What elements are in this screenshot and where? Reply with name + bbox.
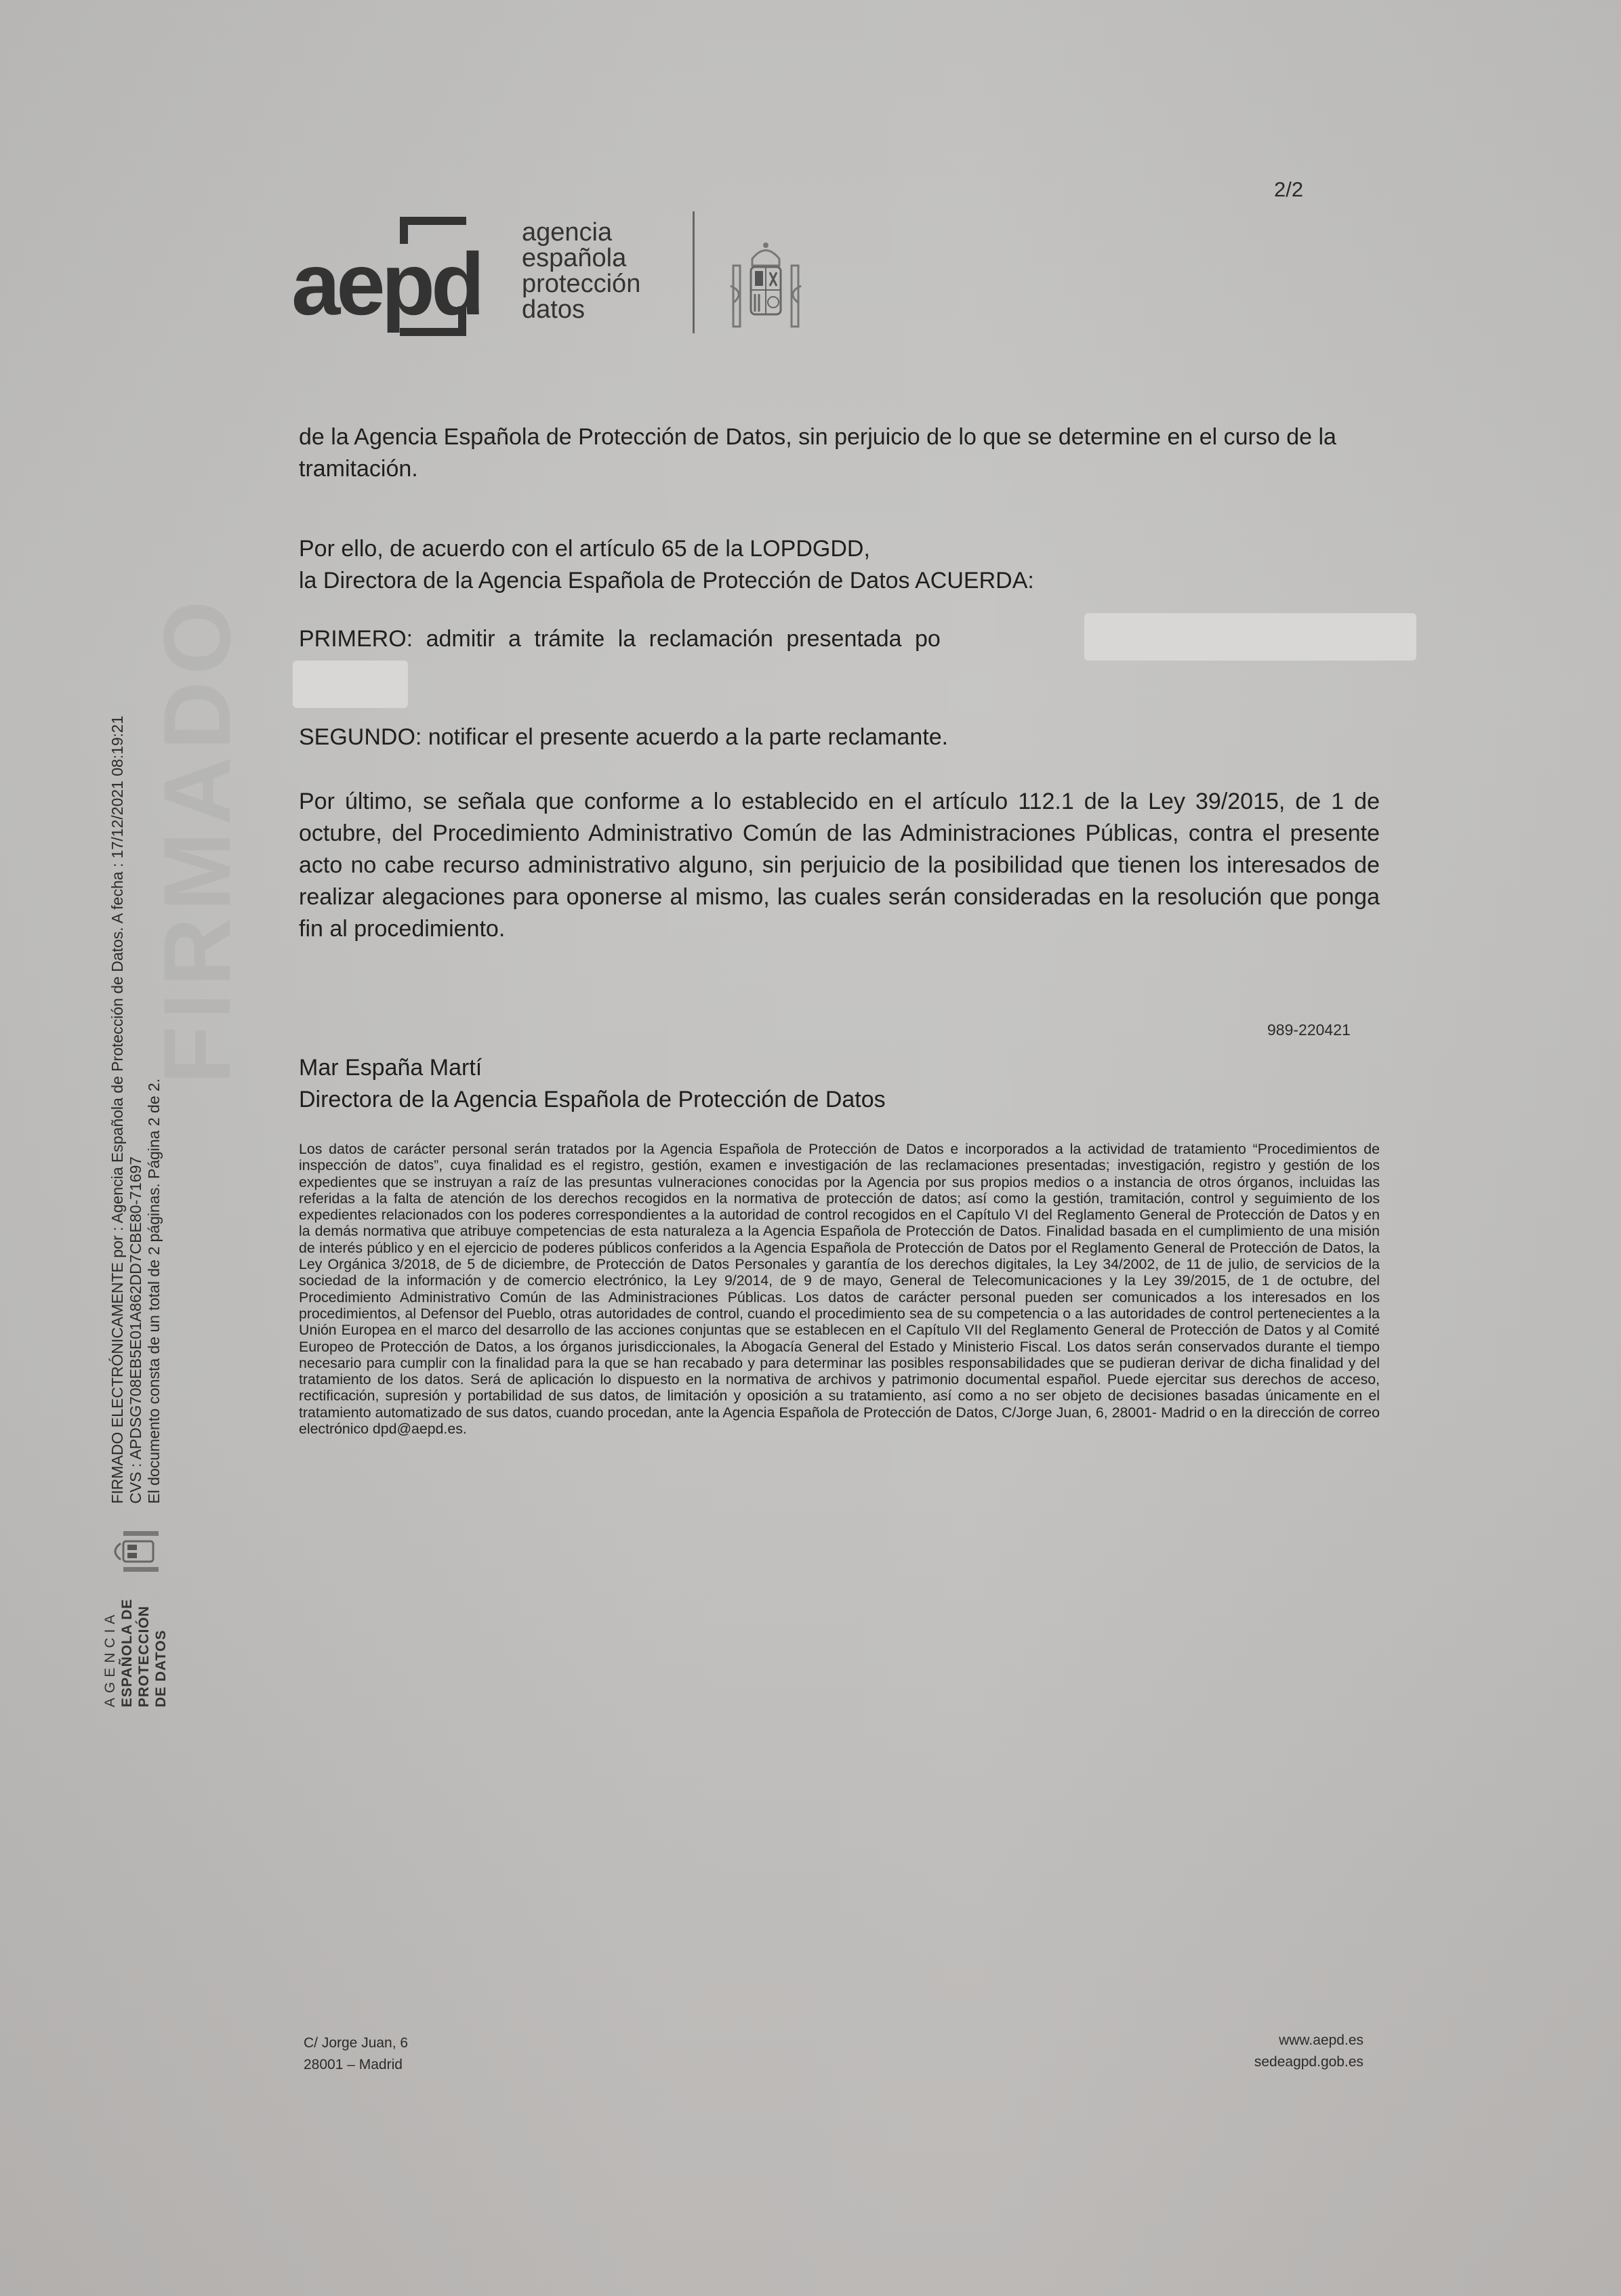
address-line-2: 28001 – Madrid	[304, 2054, 408, 2076]
reference-code: 989-220421	[1267, 1021, 1351, 1039]
vertical-signature-strip: AGENCIA ESPAÑOLA DE PROTECCIÓN DE DATOS …	[102, 542, 169, 1707]
cvs-code-line: CVS : APDSG708EB5E01A862DD7CBE80-71697	[127, 715, 145, 1503]
address-line-1: C/ Jorge Juan, 6	[304, 2032, 408, 2054]
logo-word: protección	[522, 271, 640, 297]
logo-aepd-text: aepd	[291, 240, 480, 328]
small-coat-of-arms-icon	[108, 1524, 163, 1579]
logo-bracket-bottom-right	[458, 306, 466, 336]
signed-by-line: FIRMADO ELECTRÓNICAMENTE por : Agencia E…	[108, 715, 127, 1503]
paragraph-segundo: SEGUNDO: notificar el presente acuerdo a…	[299, 722, 1380, 753]
agency-line: AGENCIA	[102, 1599, 119, 1707]
logo-bracket-bottom	[400, 328, 466, 336]
electronic-signature-text: FIRMADO ELECTRÓNICAMENTE por : Agencia E…	[108, 715, 163, 1503]
signature-block: Mar España Martí Directora de la Agencia…	[299, 1052, 886, 1116]
aepd-logo-mark: aepd	[291, 211, 522, 340]
sede-link[interactable]: sedeagpd.gob.es	[1220, 2051, 1363, 2073]
footer-address: C/ Jorge Juan, 6 28001 – Madrid	[304, 2032, 408, 2076]
logo-word: agencia	[522, 220, 640, 245]
website-link[interactable]: www.aepd.es	[1220, 2030, 1363, 2051]
redaction-patch	[1084, 613, 1416, 661]
signer-name: Mar España Martí	[299, 1052, 886, 1084]
agency-line: DE DATOS	[152, 1599, 169, 1707]
page-count-line: El documento consta de un total de 2 pág…	[145, 715, 163, 1503]
logo-words: agencia española protección datos	[522, 220, 640, 322]
spain-coat-of-arms-icon	[725, 238, 806, 333]
agency-line: ESPAÑOLA DE	[119, 1599, 136, 1707]
logo-bracket-top	[400, 217, 466, 225]
sidebar-agency-name: AGENCIA ESPAÑOLA DE PROTECCIÓN DE DATOS	[102, 1599, 169, 1707]
logo-divider	[693, 211, 695, 333]
redaction-patch	[293, 661, 408, 708]
acuerda-line-2: la Directora de la Agencia Española de P…	[299, 565, 1380, 597]
aepd-logo: aepd agencia española protección datos	[291, 211, 806, 340]
logo-word: datos	[522, 297, 640, 322]
privacy-notice: Los datos de carácter personal serán tra…	[299, 1141, 1380, 1437]
paragraph-acuerda: Por ello, de acuerdo con el artículo 65 …	[299, 533, 1380, 597]
paragraph-recurso: Por último, se señala que conforme a lo …	[299, 786, 1380, 945]
acuerda-line-1: Por ello, de acuerdo con el artículo 65 …	[299, 533, 1380, 565]
agency-line: PROTECCIÓN	[136, 1599, 152, 1707]
paragraph-intro: de la Agencia Española de Protección de …	[299, 421, 1380, 485]
footer-links: www.aepd.es sedeagpd.gob.es	[1220, 2030, 1363, 2073]
logo-word: española	[522, 245, 640, 271]
signer-title: Directora de la Agencia Española de Prot…	[299, 1084, 886, 1116]
page-number: 2/2	[1274, 178, 1303, 202]
